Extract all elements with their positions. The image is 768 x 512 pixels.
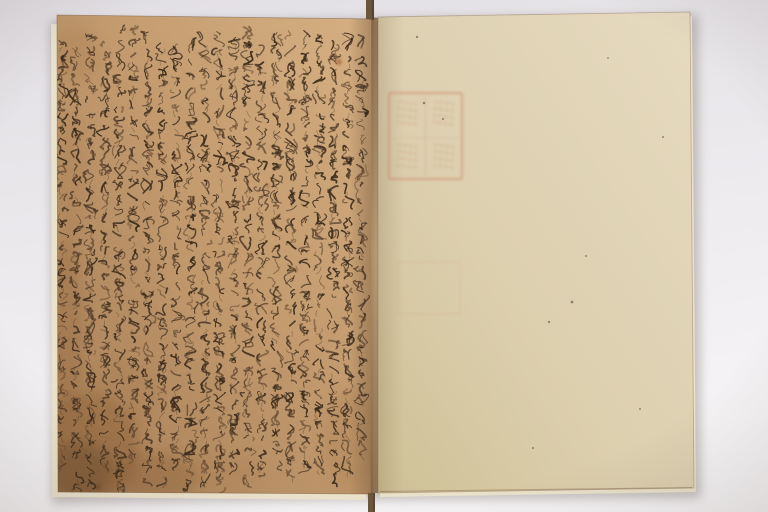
photo-scene	[0, 0, 768, 512]
right-page	[378, 12, 694, 493]
manuscript-photo	[0, 0, 768, 512]
